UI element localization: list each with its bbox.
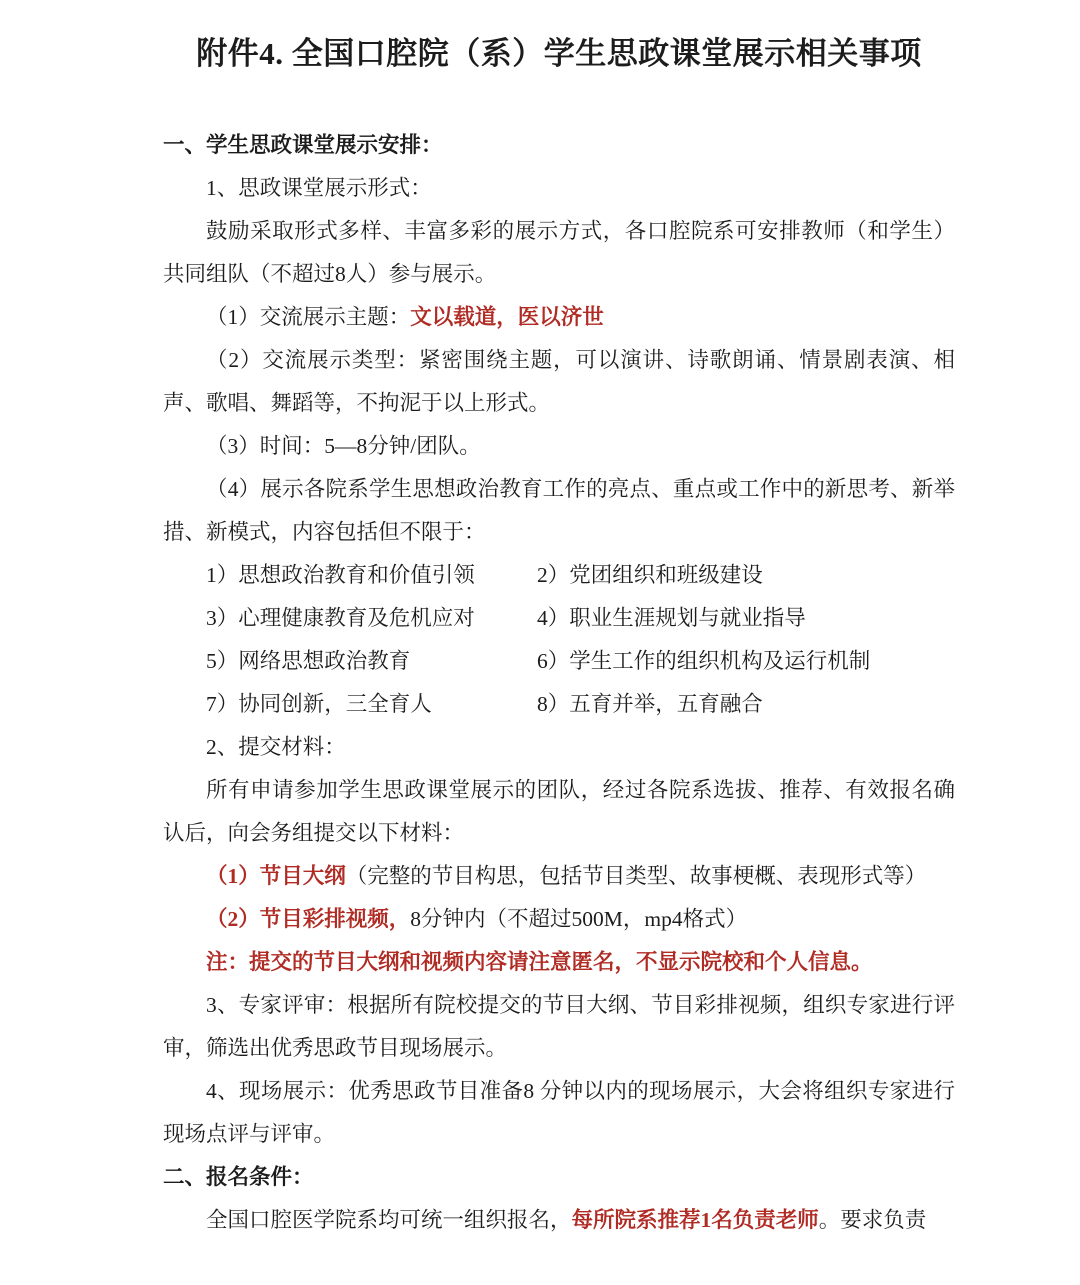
anonymity-note: 注：提交的节目大纲和视频内容请注意匿名，不显示院校和个人信息。 <box>163 941 955 984</box>
item2-heading: 2、提交材料： <box>163 726 955 769</box>
section2-body-highlight: 每所院系推荐1名负责老师 <box>572 1208 819 1232</box>
topic-item-8: 8）五育并举，五育融合 <box>537 683 955 726</box>
topic-item-4: 4）职业生涯规划与就业指导 <box>537 597 955 640</box>
item1-heading: 1、思政课堂展示形式： <box>163 167 955 210</box>
topic-item-5: 5）网络思想政治教育 <box>206 640 537 683</box>
document-title: 附件4. 全国口腔院（系）学生思政课堂展示相关事项 <box>163 30 955 78</box>
material2-line: （2）节目彩排视频，8分钟内（不超过500M，mp4格式） <box>163 898 955 941</box>
topic-row: 1）思想政治教育和价值引领2）党团组织和班级建设 <box>206 554 955 597</box>
topic-item-3: 3）心理健康教育及危机应对 <box>206 597 537 640</box>
item1-body: 鼓励采取形式多样、丰富多彩的展示方式，各口腔院系可安排教师（和学生）共同组队（不… <box>163 210 955 296</box>
topic-item-6: 6）学生工作的组织机构及运行机制 <box>537 640 955 683</box>
sub1-label: （1）交流展示主题： <box>206 305 410 329</box>
document-body: 一、学生思政课堂展示安排： 1、思政课堂展示形式： 鼓励采取形式多样、丰富多彩的… <box>163 124 955 1242</box>
sub4-content-line: （4）展示各院系学生思想政治教育工作的亮点、重点或工作中的新思考、新举措、新模式… <box>163 468 955 554</box>
section1-heading: 一、学生思政课堂展示安排： <box>163 124 955 167</box>
section2-body-post: 。要求负责 <box>819 1208 927 1232</box>
material1-line: （1）节目大纲（完整的节目构思，包括节目类型、故事梗概、表现形式等） <box>163 855 955 898</box>
topic-list: 1）思想政治教育和价值引领2）党团组织和班级建设 3）心理健康教育及危机应对4）… <box>163 554 955 726</box>
material2-desc: 8分钟内（不超过500M，mp4格式） <box>410 907 747 931</box>
material1-desc: （完整的节目构思，包括节目类型、故事梗概、表现形式等） <box>346 864 927 888</box>
sub1-theme-line: （1）交流展示主题：文以载道，医以济世 <box>163 296 955 339</box>
topic-item-1: 1）思想政治教育和价值引领 <box>206 554 537 597</box>
material1-label: （1）节目大纲 <box>206 864 346 888</box>
item3-review: 3、专家评审：根据所有院校提交的节目大纲、节目彩排视频，组织专家进行评审，筛选出… <box>163 984 955 1070</box>
topic-row: 3）心理健康教育及危机应对4）职业生涯规划与就业指导 <box>206 597 955 640</box>
material2-label: （2）节目彩排视频， <box>206 907 410 931</box>
topic-item-7: 7）协同创新，三全育人 <box>206 683 537 726</box>
document-page: 附件4. 全国口腔院（系）学生思政课堂展示相关事项 一、学生思政课堂展示安排： … <box>0 0 1080 1285</box>
section2-body-pre: 全国口腔医学院系均可统一组织报名， <box>206 1208 572 1232</box>
topic-row: 7）协同创新，三全育人8）五育并举，五育融合 <box>206 683 955 726</box>
item2-body: 所有申请参加学生思政课堂展示的团队，经过各院系选拔、推荐、有效报名确认后，向会务… <box>163 769 955 855</box>
sub1-theme-highlight: 文以载道，医以济世 <box>410 305 604 329</box>
topic-row: 5）网络思想政治教育6）学生工作的组织机构及运行机制 <box>206 640 955 683</box>
section2-heading: 二、报名条件： <box>163 1156 955 1199</box>
section2-body: 全国口腔医学院系均可统一组织报名，每所院系推荐1名负责老师。要求负责 <box>163 1199 955 1242</box>
sub2-type-line: （2）交流展示类型：紧密围绕主题，可以演讲、诗歌朗诵、情景剧表演、相声、歌唱、舞… <box>163 339 955 425</box>
topic-item-2: 2）党团组织和班级建设 <box>537 554 955 597</box>
sub3-time-line: （3）时间：5—8分钟/团队。 <box>163 425 955 468</box>
item4-live-show: 4、现场展示：优秀思政节目准备8 分钟以内的现场展示，大会将组织专家进行现场点评… <box>163 1070 955 1156</box>
